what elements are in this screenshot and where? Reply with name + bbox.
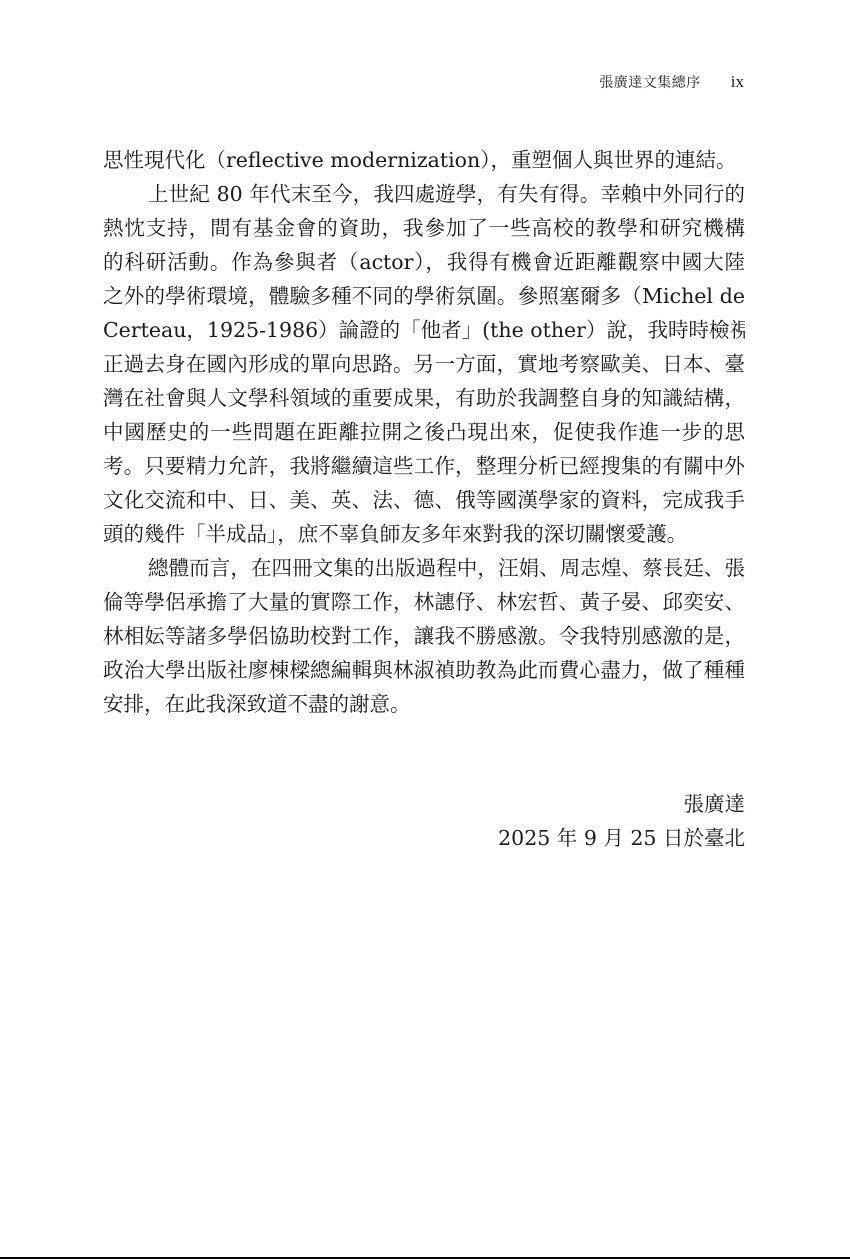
text-line: 思性現代化（reflective modernization），重塑個人與世界的…: [103, 143, 745, 177]
text-line: 中國歷史的一些問題在距離拉開之後凸現出來，促使我作進一步的思: [103, 415, 745, 449]
running-title: 張廣達文集總序: [599, 72, 701, 92]
page-bottom-rule: [0, 1257, 850, 1259]
text-line: 總體而言，在四冊文集的出版過程中，汪娟、周志煌、蔡長廷、張: [103, 551, 745, 585]
text-line: 熱忱支持，間有基金會的資助，我參加了一些高校的教學和研究機構: [103, 211, 745, 245]
date-place: 2025 年 9 月 25 日於臺北: [498, 821, 745, 855]
text-line: 的科研活動。作為參與者（actor），我得有機會近距離觀察中國大陸: [103, 245, 745, 279]
text-line: 正過去身在國內形成的單向思路。另一方面，實地考察歐美、日本、臺: [103, 347, 745, 381]
text-line: 考。只要精力允許，我將繼續這些工作，整理分析已經搜集的有關中外: [103, 449, 745, 483]
text-line: 上世紀 80 年代末至今，我四處遊學，有失有得。幸賴中外同行的: [103, 177, 745, 211]
page-number: ix: [731, 72, 744, 92]
text-line: 政治大學出版社廖棟樑總編輯與林淑禎助教為此而費心盡力，做了種種: [103, 653, 745, 687]
body-text: 思性現代化（reflective modernization），重塑個人與世界的…: [103, 143, 745, 721]
text-line: Certeau，1925-1986）論證的「他者」(the other）說，我時…: [103, 313, 745, 347]
text-line: 林相妘等諸多學侶協助校對工作，讓我不勝感激。令我特別感激的是，: [103, 619, 745, 653]
text-line: 倫等學侶承擔了大量的實際工作，林譓伃、林宏哲、黃子晏、邱奕安、: [103, 585, 745, 619]
text-line: 灣在社會與人文學科領域的重要成果，有助於我調整自身的知識結構，: [103, 381, 745, 415]
text-line: 頭的幾件「半成品」，庶不辜負師友多年來對我的深切關懷愛護。: [103, 517, 745, 551]
signature-block: 張廣達 2025 年 9 月 25 日於臺北: [498, 787, 745, 855]
text-line: 之外的學術環境，體驗多種不同的學術氛圍。參照塞爾多（Michel de: [103, 279, 745, 313]
text-line: 安排，在此我深致道不盡的謝意。: [103, 687, 745, 721]
running-header: 張廣達文集總序 ix: [599, 70, 744, 94]
author-name: 張廣達: [498, 787, 745, 821]
text-line: 文化交流和中、日、美、英、法、德、俄等國漢學家的資料，完成我手: [103, 483, 745, 517]
